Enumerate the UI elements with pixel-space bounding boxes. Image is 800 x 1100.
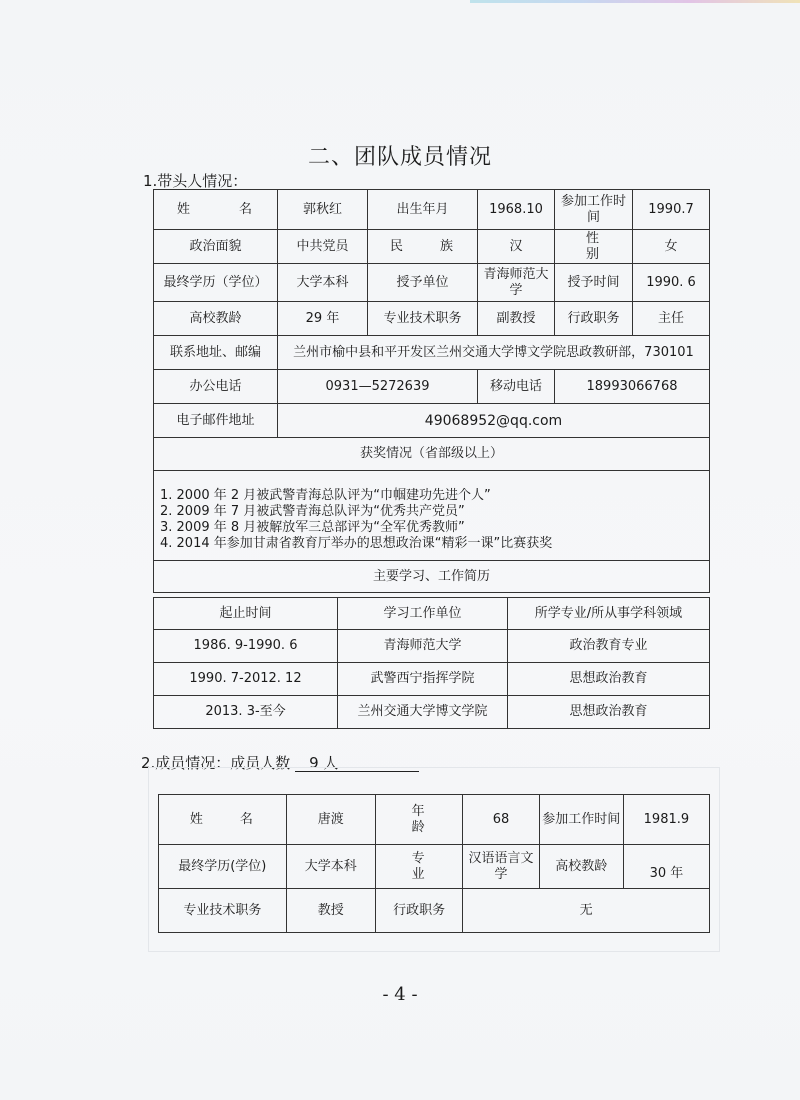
teaching-years-label: 高校教龄 xyxy=(154,302,278,336)
grant-date-value: 1990. 6 xyxy=(633,264,710,302)
page-number: - 4 - xyxy=(0,984,800,1005)
history-field: 政治教育专业 xyxy=(508,630,710,663)
history-header: 主要学习、工作简历 xyxy=(154,561,710,593)
history-unit: 武警西宁指挥学院 xyxy=(338,663,508,696)
leader-row-education: 最终学历（学位） 大学本科 授予单位 青海师范大学 授予时间 1990. 6 xyxy=(154,264,710,302)
history-table: 起止时间 学习工作单位 所学专业/所从事学科领域 1986. 9-1990. 6… xyxy=(153,597,710,729)
member-title-label: 专业技术职务 xyxy=(159,889,287,933)
work-start-label: 参加工作时间 xyxy=(555,190,633,230)
history-unit: 兰州交通大学博文学院 xyxy=(338,696,508,729)
name-value: 郭秋红 xyxy=(278,190,368,230)
leader-row-position: 高校教龄 29 年 专业技术职务 副教授 行政职务 主任 xyxy=(154,302,710,336)
gender-label: 性 别 xyxy=(555,230,633,264)
history-col-unit: 学习工作单位 xyxy=(338,598,508,630)
member-admin-value: 无 xyxy=(463,889,710,933)
leader-row-phone: 办公电话 0931—5272639 移动电话 18993066768 xyxy=(154,370,710,404)
member-age-value: 68 xyxy=(463,795,540,845)
title-label: 专业技术职务 xyxy=(368,302,478,336)
history-field: 思想政治教育 xyxy=(508,663,710,696)
award-item: 4. 2014 年参加甘肃省教育厅举办的思想政治课“精彩一课”比赛获奖 xyxy=(160,536,703,552)
member-work-start-label: 参加工作时间 xyxy=(539,795,623,845)
awards-header: 获奖情况（省部级以上） xyxy=(154,438,710,471)
grantor-label: 授予单位 xyxy=(368,264,478,302)
member-age-label: 年 龄 xyxy=(375,795,462,845)
teaching-years-value: 29 年 xyxy=(278,302,368,336)
office-phone-label: 办公电话 xyxy=(154,370,278,404)
member-row-basic: 姓 名 唐渡 年 龄 68 参加工作时间 1981.9 xyxy=(159,795,710,845)
awards-list: 1. 2000 年 2 月被武警青海总队评为“巾帼建功先进个人” 2. 2009… xyxy=(154,471,710,561)
scan-edge-strip xyxy=(470,0,800,3)
admin-post-label: 行政职务 xyxy=(555,302,633,336)
political-value: 中共党员 xyxy=(278,230,368,264)
history-col-field: 所学专业/所从事学科领域 xyxy=(508,598,710,630)
award-item: 1. 2000 年 2 月被武警青海总队评为“巾帼建功先进个人” xyxy=(160,488,703,504)
member-row-position: 专业技术职务 教授 行政职务 无 xyxy=(159,889,710,933)
email-label: 电子邮件地址 xyxy=(154,404,278,438)
mobile-label: 移动电话 xyxy=(478,370,555,404)
leader-row-political: 政治面貌 中共党员 民 族 汉 性 别 女 xyxy=(154,230,710,264)
history-row: 1990. 7-2012. 12 武警西宁指挥学院 思想政治教育 xyxy=(154,663,710,696)
member-education-value: 大学本科 xyxy=(286,845,375,889)
history-header-row: 主要学习、工作简历 xyxy=(154,561,710,593)
member-row-education: 最终学历(学位) 大学本科 专 业 汉语语言文学 高校教龄 30 年 xyxy=(159,845,710,889)
mobile-value: 18993066768 xyxy=(555,370,710,404)
work-start-value: 1990.7 xyxy=(633,190,710,230)
awards-header-row: 获奖情况（省部级以上） xyxy=(154,438,710,471)
history-columns-row: 起止时间 学习工作单位 所学专业/所从事学科领域 xyxy=(154,598,710,630)
history-period: 1990. 7-2012. 12 xyxy=(154,663,338,696)
member-education-label: 最终学历(学位) xyxy=(159,845,287,889)
address-value: 兰州市榆中县和平开发区兰州交通大学博文学院思政教研部，730101 xyxy=(278,336,710,370)
gender-value: 女 xyxy=(633,230,710,264)
member-table: 姓 名 唐渡 年 龄 68 参加工作时间 1981.9 最终学历(学位) 大学本… xyxy=(158,794,710,933)
member-teaching-years-value: 30 年 xyxy=(623,845,709,889)
award-item: 3. 2009 年 8 月被解放军三总部评为“全军优秀教师” xyxy=(160,520,703,536)
scanned-page: 二、团队成员情况 1.带头人情况： 姓 名 郭秋红 出生年月 1968.10 参… xyxy=(0,0,800,1100)
grant-date-label: 授予时间 xyxy=(555,264,633,302)
member-name-label: 姓 名 xyxy=(159,795,287,845)
office-phone-value: 0931—5272639 xyxy=(278,370,478,404)
admin-post-value: 主任 xyxy=(633,302,710,336)
history-period: 2013. 3-至今 xyxy=(154,696,338,729)
history-row: 2013. 3-至今 兰州交通大学博文学院 思想政治教育 xyxy=(154,696,710,729)
member-name-value: 唐渡 xyxy=(286,795,375,845)
grantor-value: 青海师范大学 xyxy=(478,264,555,302)
education-value: 大学本科 xyxy=(278,264,368,302)
history-row: 1986. 9-1990. 6 青海师范大学 政治教育专业 xyxy=(154,630,710,663)
history-unit: 青海师范大学 xyxy=(338,630,508,663)
member-major-label: 专 业 xyxy=(375,845,462,889)
political-label: 政治面貌 xyxy=(154,230,278,264)
history-period: 1986. 9-1990. 6 xyxy=(154,630,338,663)
member-title-value: 教授 xyxy=(286,889,375,933)
history-field: 思想政治教育 xyxy=(508,696,710,729)
leader-row-email: 电子邮件地址 49068952@qq.com xyxy=(154,404,710,438)
ethnicity-label: 民 族 xyxy=(368,230,478,264)
awards-row: 1. 2000 年 2 月被武警青海总队评为“巾帼建功先进个人” 2. 2009… xyxy=(154,471,710,561)
leader-row-basic: 姓 名 郭秋红 出生年月 1968.10 参加工作时间 1990.7 xyxy=(154,190,710,230)
title-value: 副教授 xyxy=(478,302,555,336)
ethnicity-value: 汉 xyxy=(478,230,555,264)
name-label: 姓 名 xyxy=(154,190,278,230)
address-label: 联系地址、邮编 xyxy=(154,336,278,370)
member-teaching-years-label: 高校教龄 xyxy=(539,845,623,889)
history-col-period: 起止时间 xyxy=(154,598,338,630)
leader-heading: 1.带头人情况： xyxy=(143,170,247,191)
leader-table: 姓 名 郭秋红 出生年月 1968.10 参加工作时间 1990.7 政治面貌 … xyxy=(153,189,710,593)
leader-row-address: 联系地址、邮编 兰州市榆中县和平开发区兰州交通大学博文学院思政教研部，73010… xyxy=(154,336,710,370)
birth-label: 出生年月 xyxy=(368,190,478,230)
member-major-value: 汉语语言文学 xyxy=(463,845,540,889)
member-work-start-value: 1981.9 xyxy=(623,795,709,845)
education-label: 最终学历（学位） xyxy=(154,264,278,302)
award-item: 2. 2009 年 7 月被武警青海总队评为“优秀共产党员” xyxy=(160,504,703,520)
email-value: 49068952@qq.com xyxy=(278,404,710,438)
section-title: 二、团队成员情况 xyxy=(0,140,800,171)
member-admin-label: 行政职务 xyxy=(375,889,462,933)
birth-value: 1968.10 xyxy=(478,190,555,230)
